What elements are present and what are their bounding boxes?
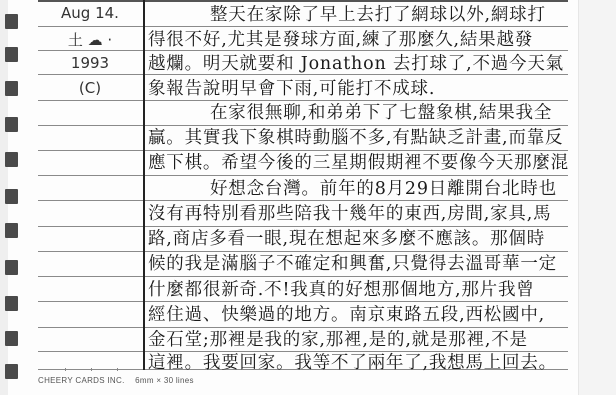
diary-line: 路,商店多看一眼,現在想起來多麼不應該。那個時 [148,227,568,251]
diary-line: 金石堂;那裡是我的家,那裡,是的,就是那裡,不是 [148,328,568,352]
ruled-line [38,175,568,176]
punch-hole [5,296,18,311]
punch-hole [5,117,18,132]
punch-hole [5,14,18,29]
punch-hole [5,81,18,96]
entry-year: 1993 [38,54,142,72]
punch-hole [5,152,18,167]
ruler-tick [117,368,118,371]
punch-hole [5,47,18,62]
diary-card: Aug 14. 土 ☁ · 1993 (C) 整天在家除了早上去打了網球以外,網… [0,0,578,395]
diary-line: 什麼都很新奇.不!我真的好想那個地方,那片我曾 [148,278,568,302]
diary-line: 贏。其實我下象棋時動腦不多,有點缺乏計畫,而靠反 [148,126,568,150]
punch-hole [5,189,18,204]
diary-line: 這裡。我要回家。我等不了兩年了,我想馬上回去。 [148,351,568,375]
diary-line: 好想念台灣。前年的8月29日離開台北時也 [148,177,616,201]
diary-line: 應下棋。希望今後的三星期假期裡不要像今天那麼混. [148,151,568,175]
ruler-tick [65,368,66,371]
diary-line: 整天在家除了早上去打了網球以外,網球打 [148,3,616,27]
diary-line: 越爛。明天就要和 Jonathon 去打球了,不過今天氣 [148,52,568,76]
margin-line [143,0,145,370]
entry-date: Aug 14. [38,4,142,22]
scan-background [578,0,616,395]
ruled-line [38,0,568,2]
diary-line: 象報告說明早會下雨,可能打不成球. [148,77,568,101]
diary-line: 在家很無聊,和弟弟下了七盤象棋,結果我全 [148,101,616,125]
spec-label: 6mm × 30 lines [135,376,194,385]
diary-line: 沒有再特別看那些陪我十幾年的東西,房間,家具,馬 [148,202,568,226]
punch-hole [5,223,18,238]
diary-line: 候的我是滿腦子不確定和興奮,只覺得去溫哥華一定 [148,252,568,276]
punch-hole [5,364,18,379]
card-footer: CHEERY CARDS INC. 6mm × 30 lines [38,376,194,385]
weekday-weather: 土 ☁ · [38,29,142,50]
ruler-tick [91,368,92,371]
punch-hole [5,260,18,275]
ruled-line [38,276,568,277]
diary-line: 經住過、快樂過的地方。南京東路五段,西松國中, [148,303,568,327]
entry-mark: (C) [38,79,142,97]
punch-hole [5,331,18,346]
diary-line: 得很不好,尤其是發球方面,練了那麼久,結果越發 [148,28,568,52]
brand-label: CHEERY CARDS INC. [38,376,125,385]
